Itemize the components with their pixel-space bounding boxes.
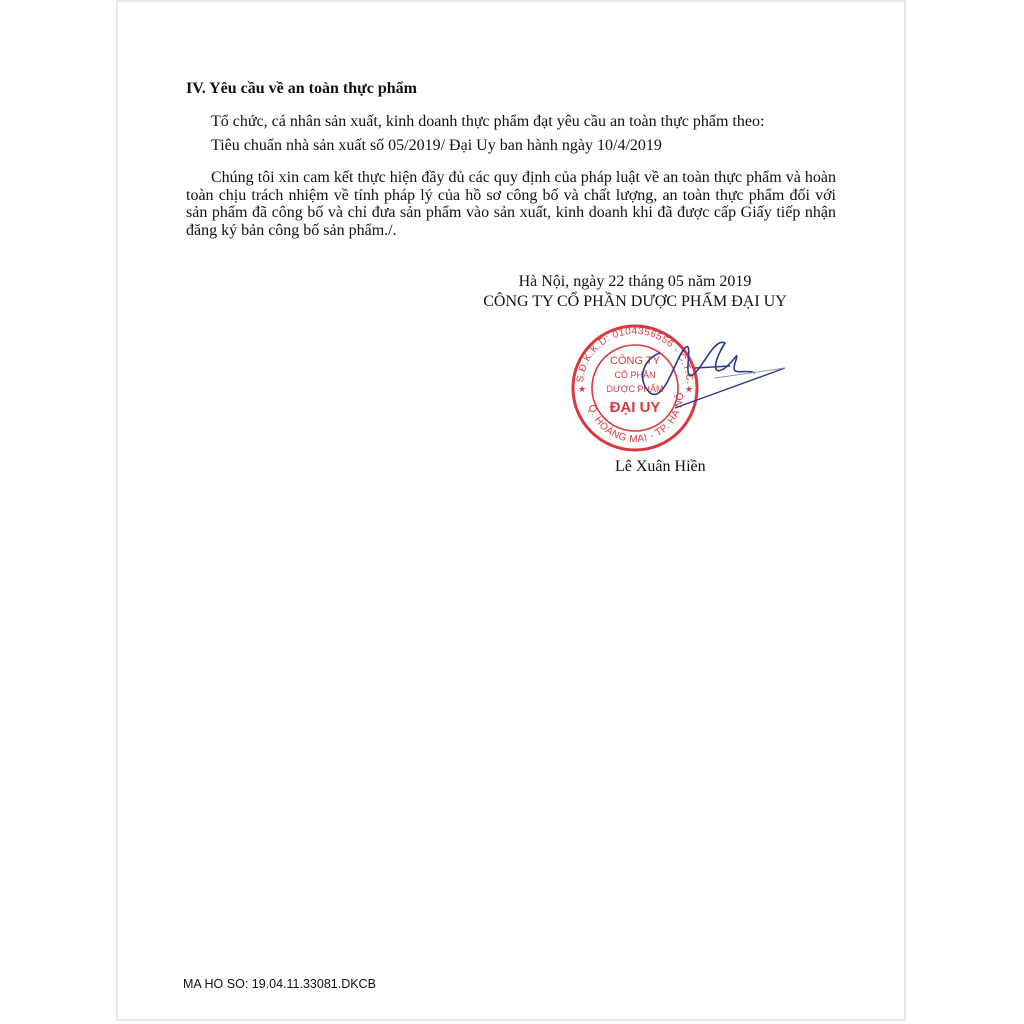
commitment-paragraph: Chúng tôi xin cam kết thực hiện đầy đủ c… <box>186 169 836 239</box>
record-code: MA HO SO: 19.04.11.33081.DKCB <box>183 977 376 991</box>
requirement-line-1: Tổ chức, cá nhân sản xuất, kinh doanh th… <box>211 113 764 131</box>
svg-text:DƯỢC PHẨM: DƯỢC PHẨM <box>607 383 664 394</box>
signature-block: Hà Nội, ngày 22 tháng 05 năm 2019 CÔNG T… <box>470 272 800 312</box>
svg-text:ĐẠI UY: ĐẠI UY <box>610 399 661 416</box>
svg-text:★: ★ <box>685 384 693 394</box>
svg-text:CỔ PHẦN: CỔ PHẦN <box>614 369 655 380</box>
svg-text:★: ★ <box>578 384 586 394</box>
requirement-line-2: Tiêu chuẩn nhà sản xuất số 05/2019/ Đại … <box>211 137 662 155</box>
stamp-seal-icon: S.Đ.K.K.D: 0104356556 - C.T.C.P Q. HOÀNG… <box>565 318 795 453</box>
signer-name: Lê Xuân Hiền <box>615 458 706 476</box>
section-heading: IV. Yêu cầu về an toàn thực phẩm <box>186 80 417 98</box>
place-date: Hà Nội, ngày 22 tháng 05 năm 2019 <box>470 272 800 292</box>
company-name: CÔNG TY CỔ PHẦN DƯỢC PHẨM ĐẠI UY <box>470 292 800 312</box>
company-stamp: S.Đ.K.K.D: 0104356556 - C.T.C.P Q. HOÀNG… <box>565 318 795 453</box>
